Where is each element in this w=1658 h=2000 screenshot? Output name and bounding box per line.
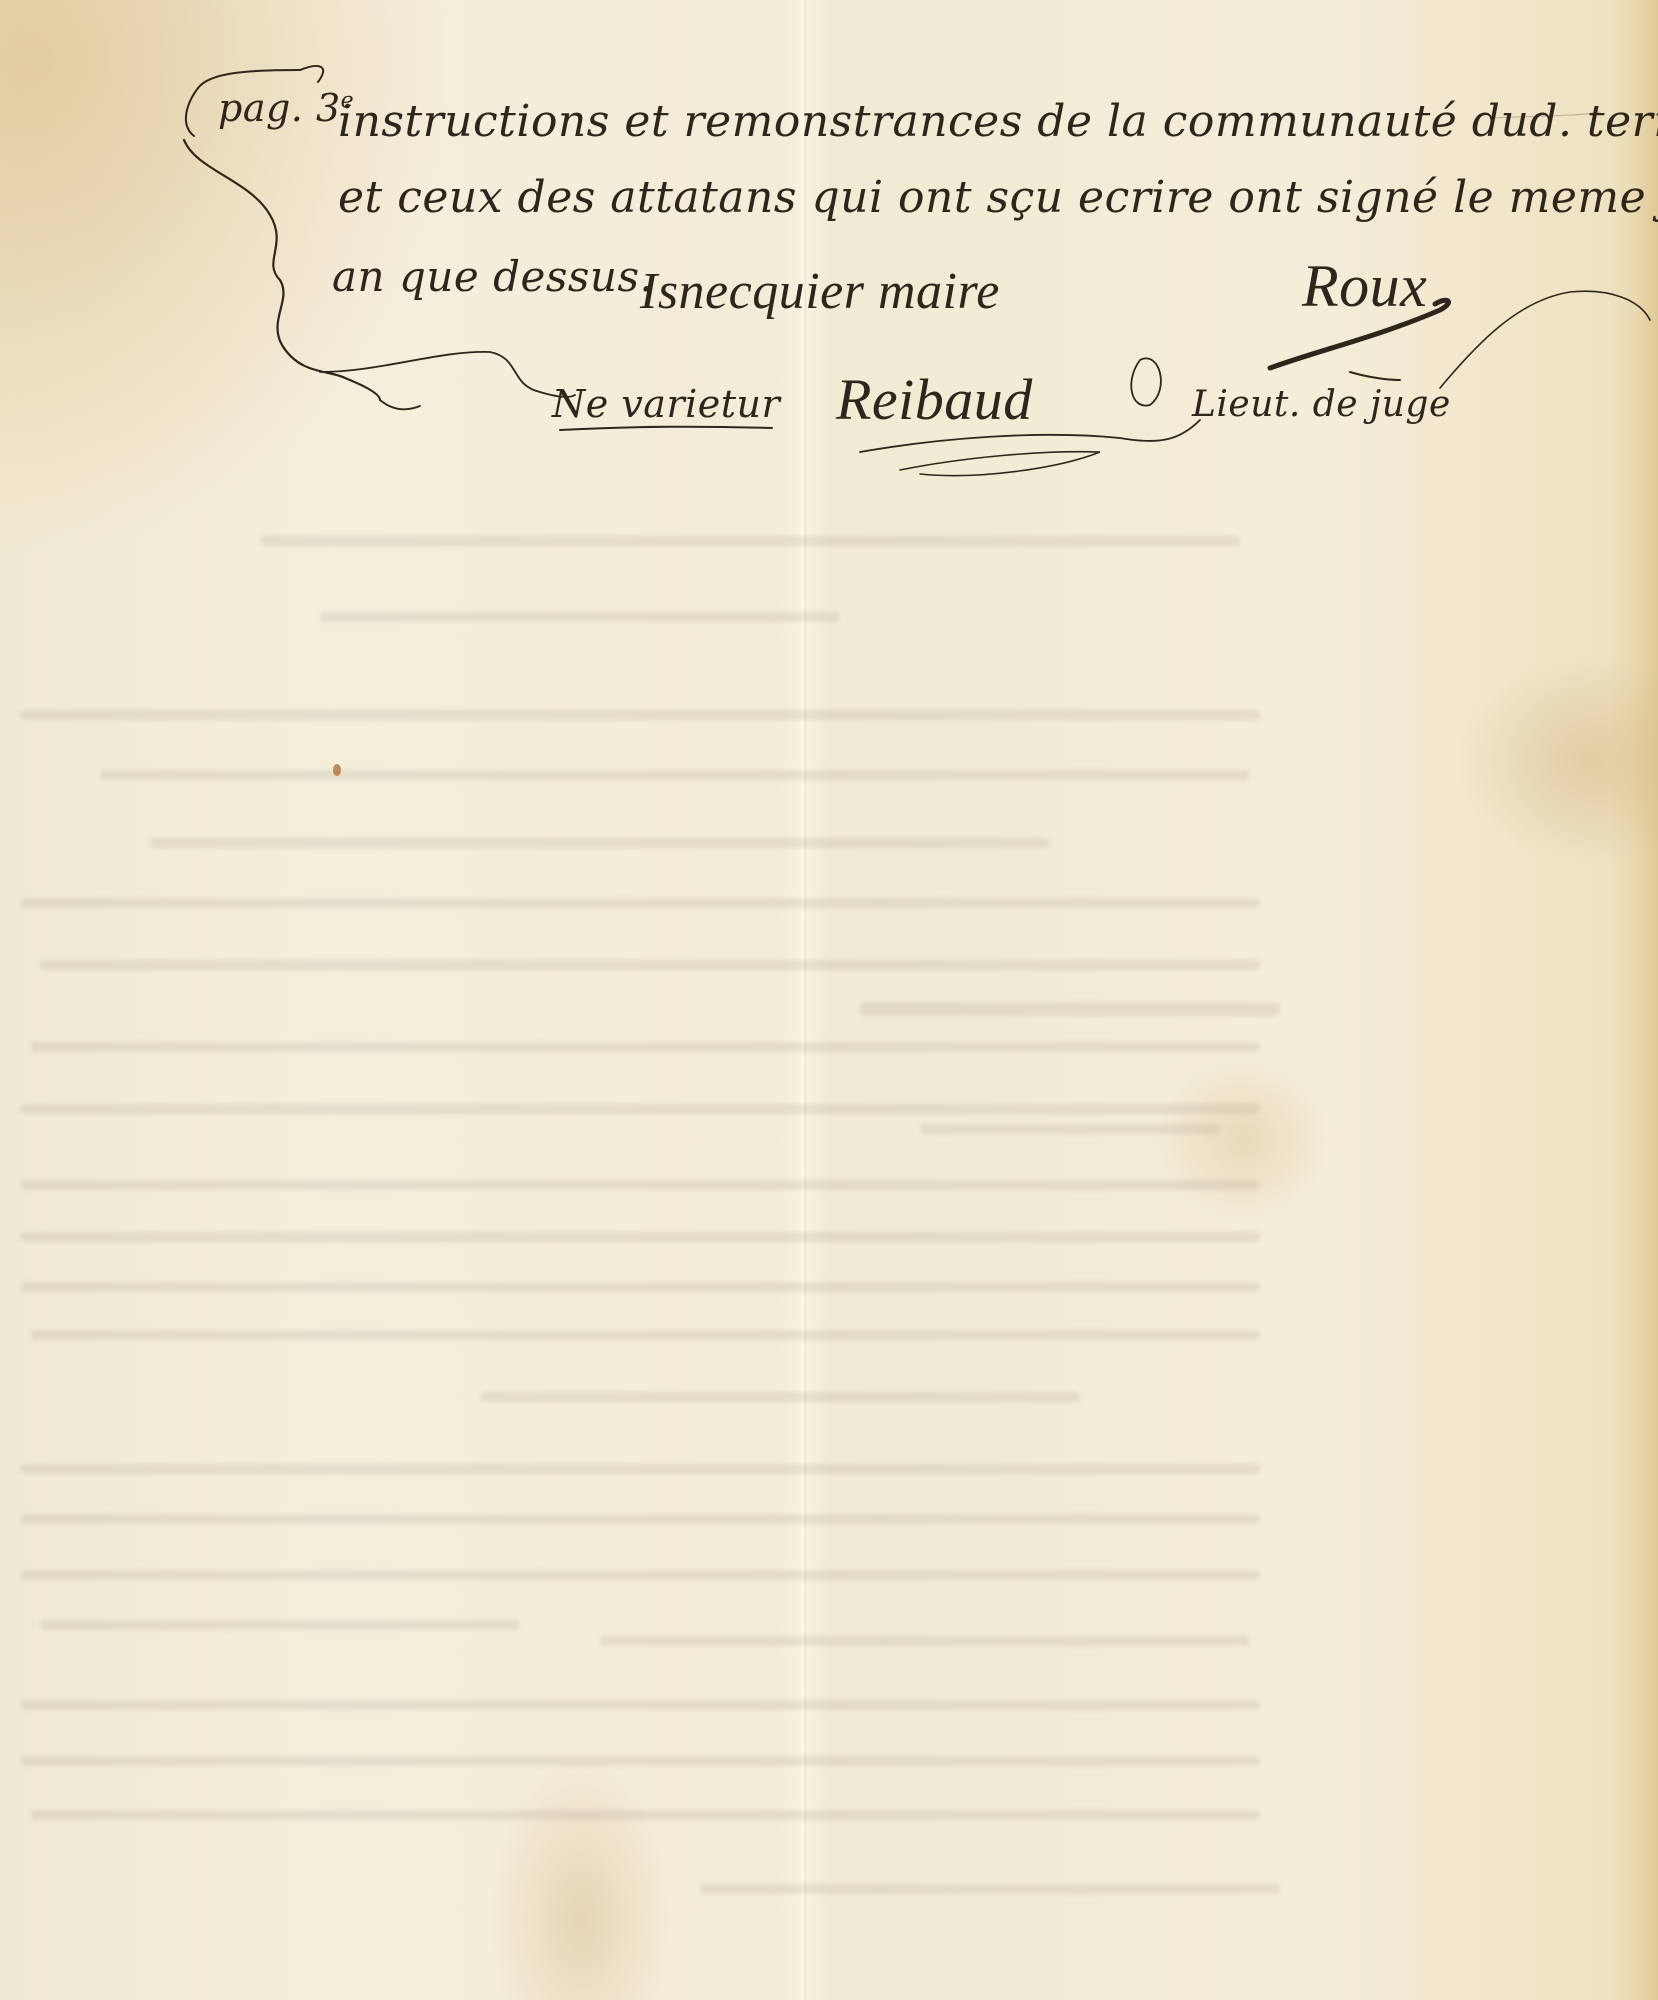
margin-page-note: pag. 3e (218, 86, 354, 130)
signature-roux: Roux (1302, 252, 1427, 321)
body-line-2: et ceux des attatans qui ont sçu ecrire … (338, 172, 1658, 223)
body-line-3: an que dessus. (332, 252, 653, 301)
signature-reibaud: Reibaud (836, 366, 1033, 433)
signature-mayor: Isnecquier maire (640, 262, 1000, 321)
body-line-1: instructions et remonstrances de la comm… (338, 96, 1658, 147)
signature-lieutenant: Lieut. de juge (1192, 384, 1451, 425)
ne-varietur-note: Ne varietur (552, 382, 780, 426)
manuscript-page: pag. 3e instructions et remonstrances de… (0, 0, 1658, 2000)
